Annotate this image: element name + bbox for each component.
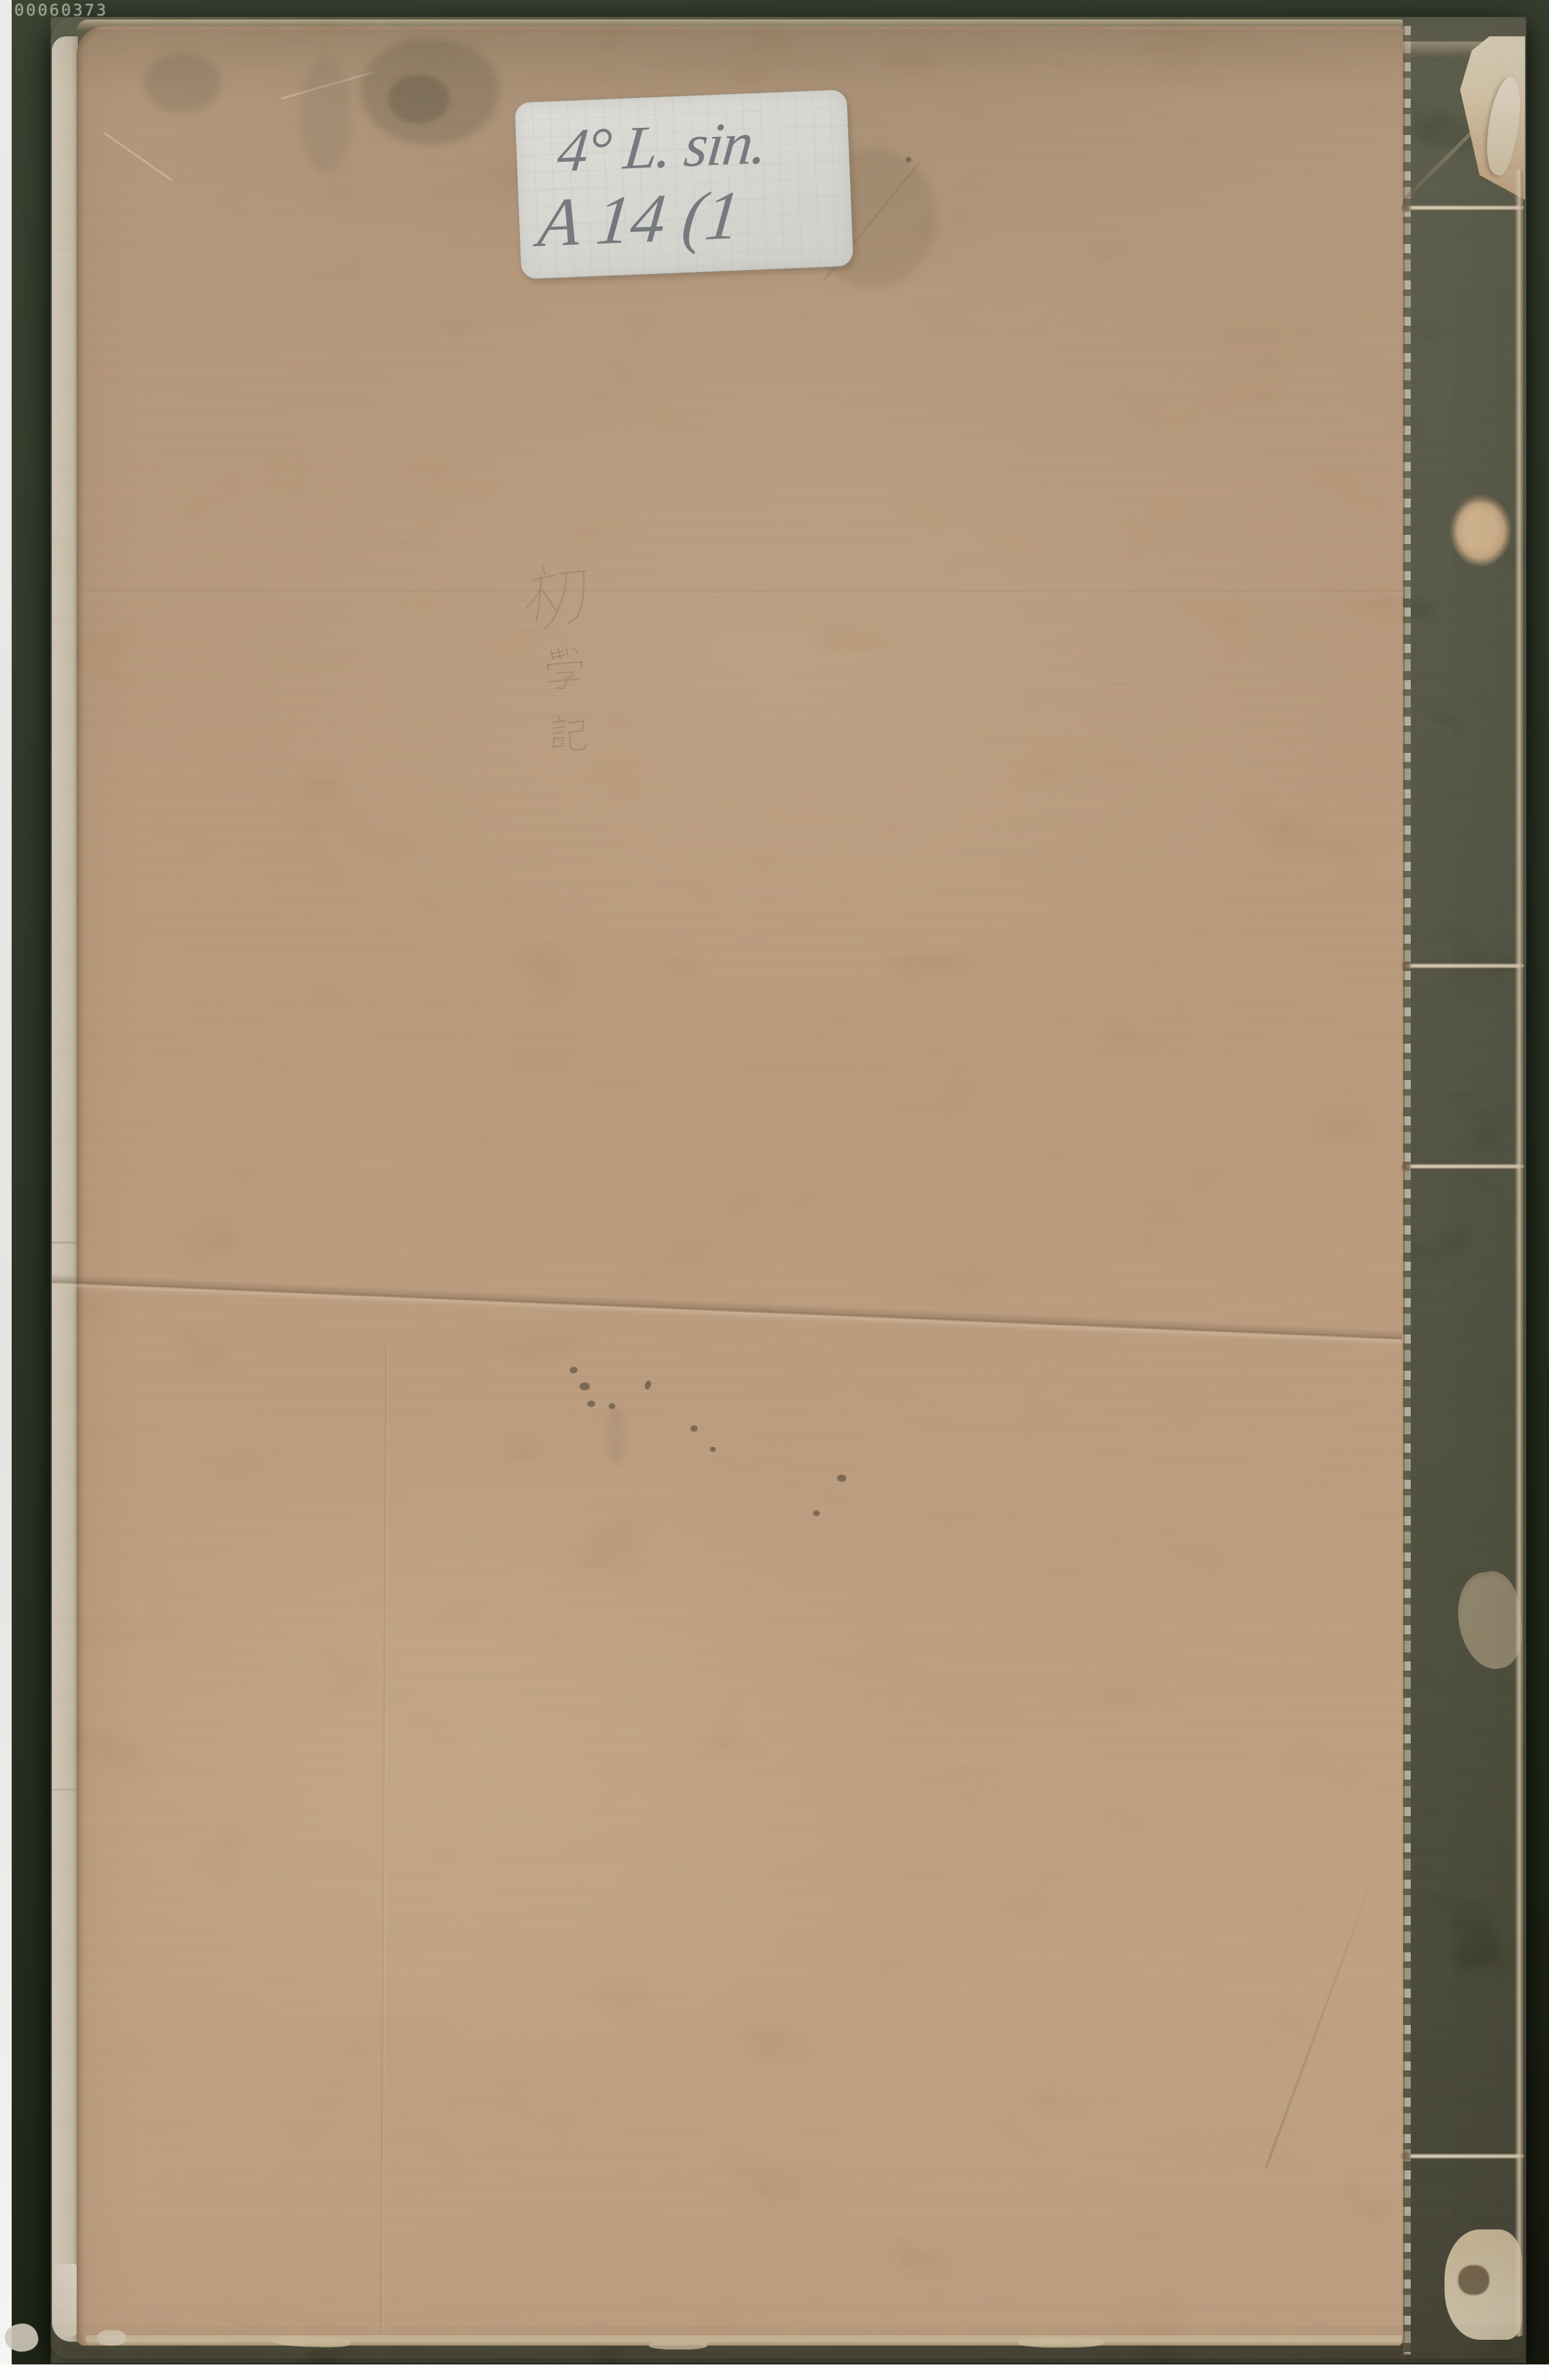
- ink-speck: [587, 1401, 595, 1407]
- stitch-knot: [1400, 2151, 1412, 2161]
- stitch-knot: [1400, 1162, 1412, 1172]
- ink-speck: [837, 1475, 846, 1482]
- binding-thread: [1406, 1164, 1524, 1169]
- spine-abrasion-patch: [1450, 495, 1512, 567]
- cover-title-inscription: [519, 558, 779, 1175]
- stain: [388, 75, 450, 123]
- scan-id-number: 00060373: [14, 1, 108, 19]
- fore-edge-highlight: [1515, 169, 1523, 2337]
- page-edges-crease: [52, 1789, 78, 1791]
- page-edges-crease: [52, 1242, 78, 1244]
- scanner-edge-left: [0, 0, 12, 2380]
- book-front-cover: [77, 26, 1403, 2346]
- ink-speck: [690, 1425, 698, 1432]
- ink-speck: [609, 1403, 615, 1409]
- stitch-knot: [1400, 202, 1412, 213]
- ink-speck: [710, 1447, 716, 1452]
- ink-speck: [813, 1510, 820, 1516]
- stitch-knot: [1400, 961, 1412, 971]
- top-edge-soiling: [77, 30, 1403, 92]
- binding-stitch-line: [1403, 26, 1411, 2355]
- scanner-edge-bottom: [0, 2364, 1549, 2380]
- page-edges-strip: [52, 36, 78, 2342]
- spine-strip: [1403, 19, 1525, 2362]
- character-xue: [547, 647, 581, 689]
- binding-thread: [1406, 205, 1524, 210]
- binding-thread: [1406, 2153, 1524, 2159]
- ink-speck: [570, 1367, 578, 1373]
- stain: [300, 57, 352, 174]
- binding-thread: [1406, 963, 1524, 968]
- stain: [144, 53, 221, 113]
- page-corner-flap: [52, 2264, 79, 2337]
- character-ji: [553, 716, 586, 750]
- shelfmark-line-1: 4° L. sin.: [555, 109, 851, 182]
- ink-speck: [906, 157, 911, 162]
- edge-chip: [649, 2340, 707, 2349]
- character-chu: [527, 566, 587, 629]
- shelfmark-line-2: A 14 (1: [535, 176, 855, 258]
- edge-chip: [1019, 2338, 1103, 2348]
- shelfmark-label: 4° L. sin. A 14 (1: [515, 90, 854, 279]
- edge-chip: [97, 2330, 126, 2346]
- scan-photo-stage: 00060373 4° L. sin. A 14 (1: [0, 0, 1549, 2380]
- pencil-smudge: [607, 1405, 625, 1467]
- ink-speck: [579, 1382, 590, 1390]
- spine-bottom-chip: [1458, 2265, 1489, 2295]
